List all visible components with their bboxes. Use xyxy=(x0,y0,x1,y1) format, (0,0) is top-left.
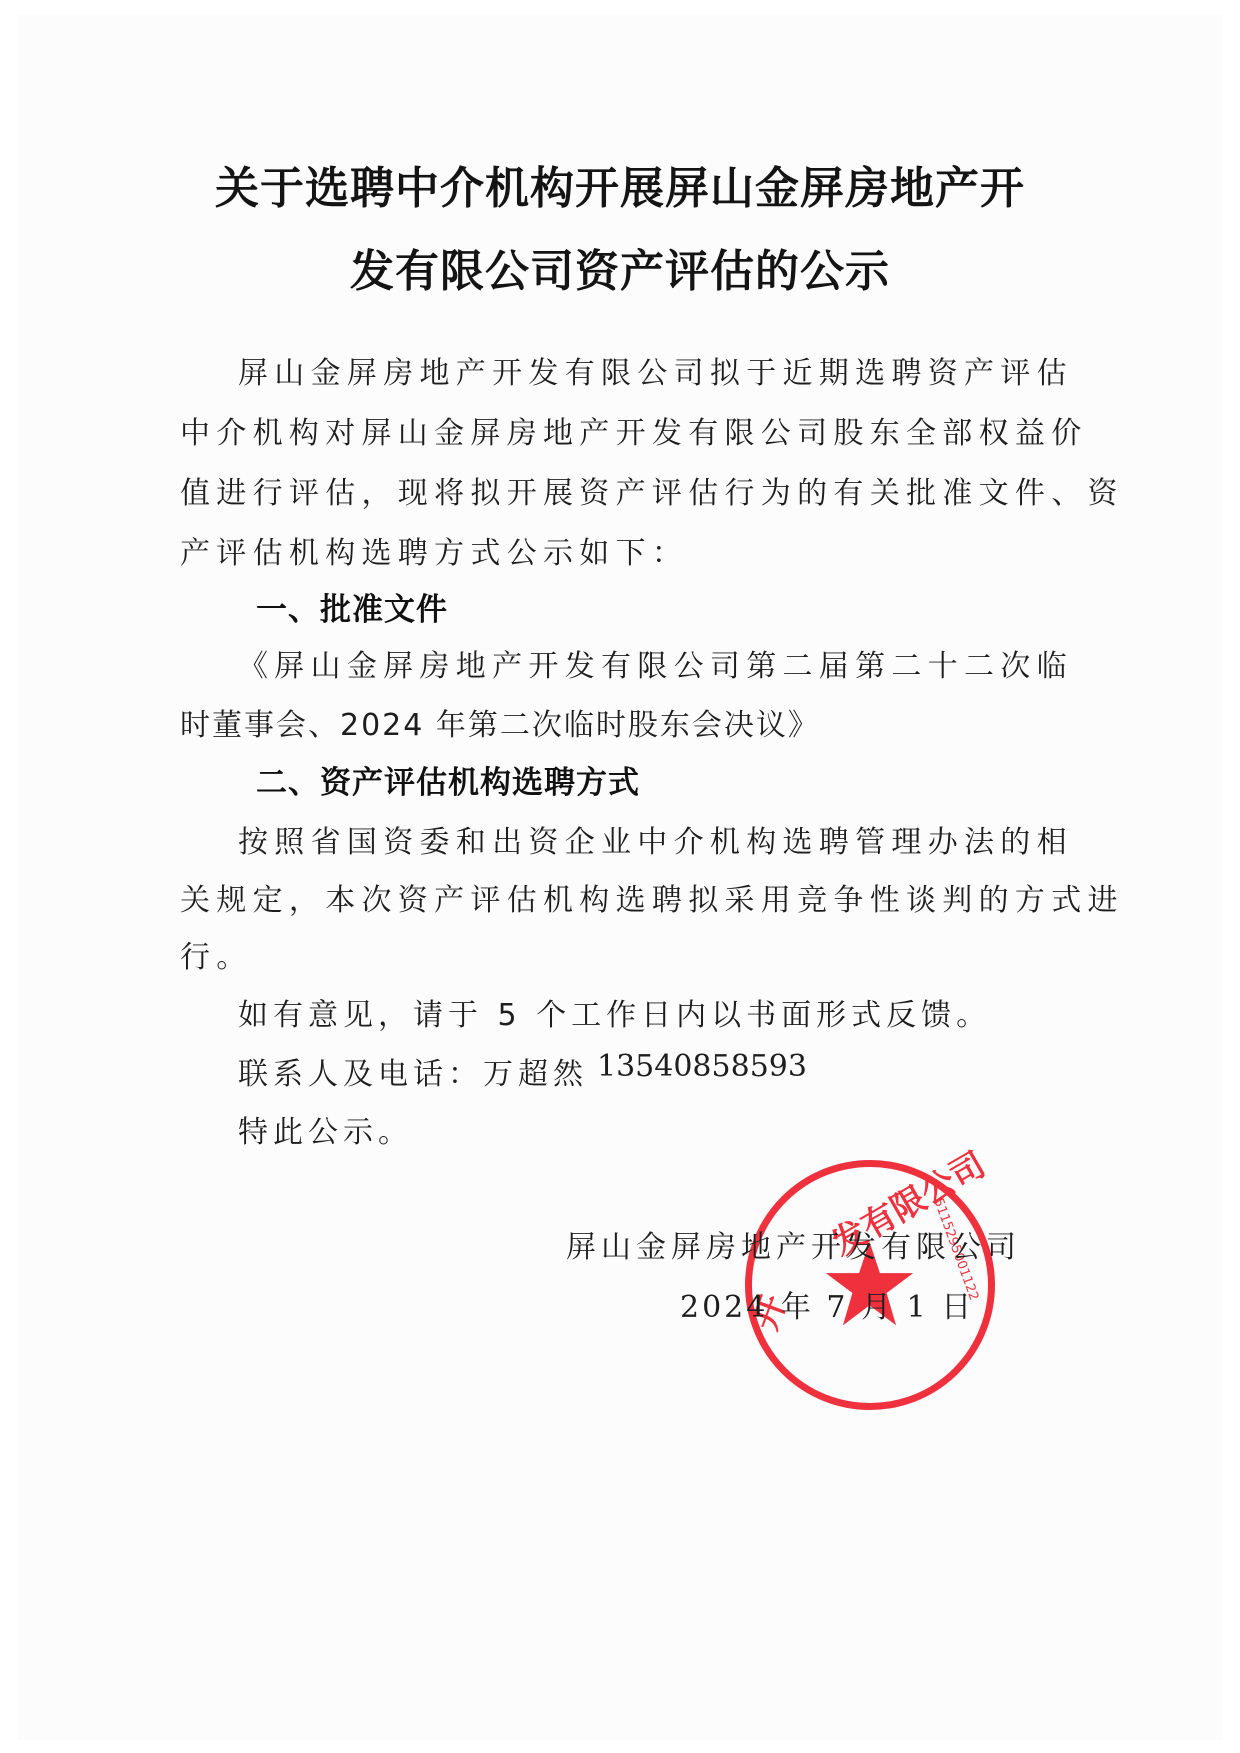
signature-company: 屏山金屏房地产开发有限公司 xyxy=(566,1222,1021,1266)
section-1-line-1: 《屏山金屏房地产开发有限公司第二届第二十二次临 xyxy=(238,641,1073,685)
document-title-line-2: 发有限公司资产评估的公示 xyxy=(0,235,1240,299)
section-1-line-2: 时董事会、2024 年第二次临时股东会决议》 xyxy=(180,700,820,744)
section-2-line-3: 行。 xyxy=(180,932,253,976)
contact-phone: 13540858593 xyxy=(597,1049,807,1084)
document-title-line-1: 关于选聘中介机构开展屏山金屏房地产开 xyxy=(0,152,1240,216)
section-2-line-1: 按照省国资委和出资企业中介机构选聘管理办法的相 xyxy=(238,817,1073,861)
intro-line-1: 屏山金屏房地产开发有限公司拟于近期选聘资产评估 xyxy=(238,348,1073,392)
section-2-heading: 二、资产评估机构选聘方式 xyxy=(256,757,640,802)
intro-line-2: 中介机构对屏山金屏房地产开发有限公司股东全部权益价 xyxy=(180,408,1088,452)
section-2-line-2: 关规定，本次资产评估机构选聘拟采用竞争性谈判的方式进 xyxy=(180,875,1124,919)
closing-text: 特此公示。 xyxy=(238,1107,413,1151)
feedback-text: 如有意见，请于 5 个工作日内以书面形式反馈。 xyxy=(238,990,991,1034)
contact-label: 联系人及电话：万超然 xyxy=(238,1049,588,1093)
intro-line-4: 产评估机构选聘方式公示如下： xyxy=(180,528,688,572)
section-1-heading: 一、批准文件 xyxy=(256,584,448,629)
intro-line-3: 值进行评估，现将拟开展资产评估行为的有关批准文件、资 xyxy=(180,468,1124,512)
signature-date: 2024 年 7 月 1 日 xyxy=(680,1282,974,1326)
